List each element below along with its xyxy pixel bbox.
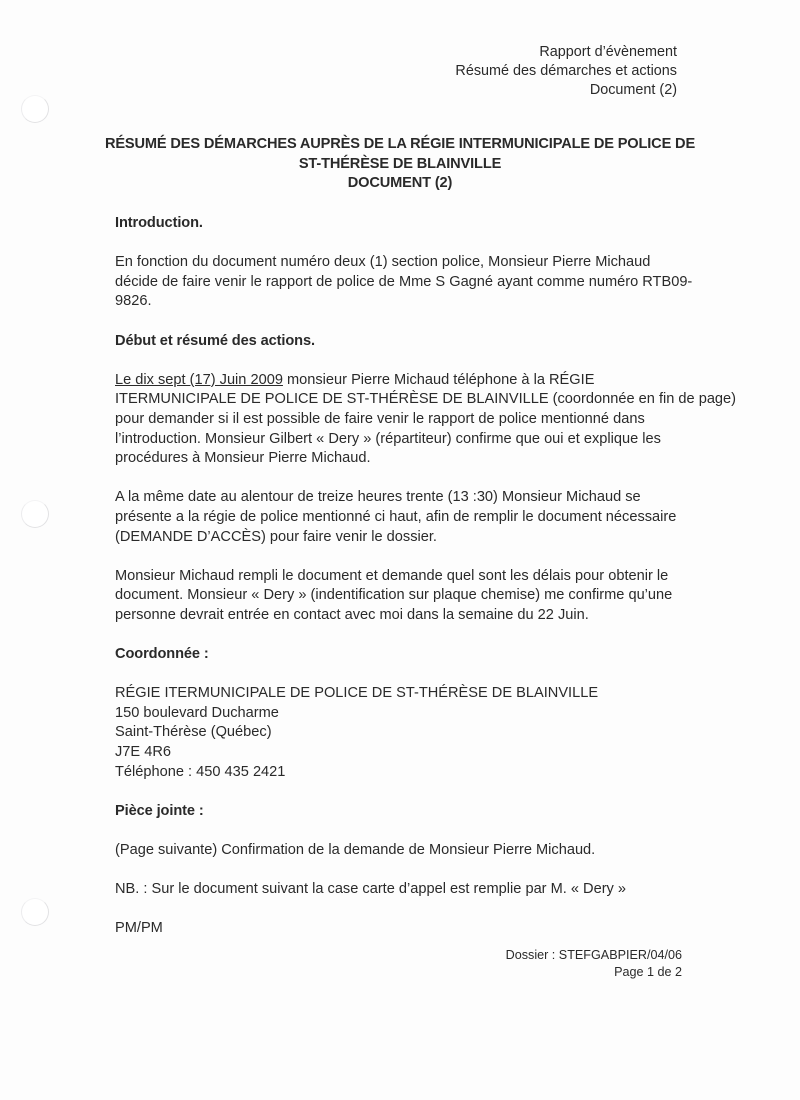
action-line-rest: monsieur Pierre Michaud téléphone à la R…: [283, 372, 595, 388]
document-title: RÉSUMÉ DES DÉMARCHES AUPRÈS DE LA RÉGIE …: [100, 135, 700, 194]
actions-paragraph-3-line: document. Monsieur « Dery » (indentifica…: [115, 586, 715, 606]
introduction-line: décide de faire venir le rapport de poli…: [115, 273, 715, 293]
actions-paragraph-3-line: Monsieur Michaud rempli le document et d…: [115, 567, 715, 587]
document-body: Introduction. En fonction du document nu…: [115, 214, 715, 939]
introduction-section: Introduction. En fonction du document nu…: [115, 214, 715, 312]
contact-address: 150 boulevard Ducharme: [115, 704, 715, 724]
piece-jointe-heading: Pièce jointe :: [115, 802, 715, 822]
actions-paragraph-2-line: présente a la régie de police mentionné …: [115, 508, 715, 528]
coordonnee-heading: Coordonnée :: [115, 645, 715, 665]
attachment-description: (Page suivante) Confirmation de la deman…: [115, 841, 715, 861]
actions-paragraph-3-line: personne devrait entrée en contact avec …: [115, 606, 715, 626]
actions-paragraph-2-line: (DEMANDE D’ACCÈS) pour faire venir le do…: [115, 528, 715, 548]
piece-jointe-section: Pièce jointe : (Page suivante) Confirmat…: [115, 802, 715, 939]
introduction-line: En fonction du document numéro deux (1) …: [115, 253, 715, 273]
actions-paragraph-1-line: procédures à Monsieur Pierre Michaud.: [115, 449, 715, 469]
punch-hole-top: [21, 95, 49, 123]
contact-phone: Téléphone : 450 435 2421: [115, 763, 715, 783]
document-page: Rapport d’évènement Résumé des démarches…: [0, 0, 800, 1100]
punch-hole-middle: [21, 500, 49, 528]
contact-city: Saint-Thérèse (Québec): [115, 723, 715, 743]
title-line-1: RÉSUMÉ DES DÉMARCHES AUPRÈS DE LA RÉGIE …: [100, 135, 700, 155]
coordonnee-section: Coordonnée : RÉGIE ITERMUNICIPALE DE POL…: [115, 645, 715, 782]
header-subtitle: Résumé des démarches et actions: [455, 62, 677, 81]
introduction-heading: Introduction.: [115, 214, 715, 234]
actions-paragraph-1-line: ITERMUNICIPALE DE POLICE DE ST-THÉRÈSE D…: [115, 390, 715, 410]
author-initials: PM/PM: [115, 919, 715, 939]
contact-organization: RÉGIE ITERMUNICIPALE DE POLICE DE ST-THÉ…: [115, 684, 715, 704]
document-header: Rapport d’évènement Résumé des démarches…: [455, 43, 677, 100]
header-report-type: Rapport d’évènement: [455, 43, 677, 62]
action-date: Le dix sept (17) Juin 2009: [115, 372, 283, 388]
actions-heading: Début et résumé des actions.: [115, 332, 715, 352]
document-footer: Dossier : STEFGABPIER/04/06 Page 1 de 2: [506, 947, 682, 981]
header-document-number: Document (2): [455, 81, 677, 100]
actions-paragraph-2-line: A la même date au alentour de treize heu…: [115, 488, 715, 508]
actions-section: Début et résumé des actions. Le dix sept…: [115, 332, 715, 626]
title-line-3: DOCUMENT (2): [100, 174, 700, 194]
contact-postal-code: J7E 4R6: [115, 743, 715, 763]
actions-paragraph-1-line: Le dix sept (17) Juin 2009 monsieur Pier…: [115, 371, 715, 391]
title-line-2: ST-THÉRÈSE DE BLAINVILLE: [100, 155, 700, 175]
punch-hole-bottom: [21, 898, 49, 926]
introduction-line: 9826.: [115, 292, 715, 312]
actions-paragraph-1-line: pour demander si il est possible de fair…: [115, 410, 715, 430]
dossier-reference: Dossier : STEFGABPIER/04/06: [506, 947, 682, 964]
attachment-note: NB. : Sur le document suivant la case ca…: [115, 880, 715, 900]
actions-paragraph-1-line: l’introduction. Monsieur Gilbert « Dery …: [115, 430, 715, 450]
page-number: Page 1 de 2: [506, 964, 682, 981]
